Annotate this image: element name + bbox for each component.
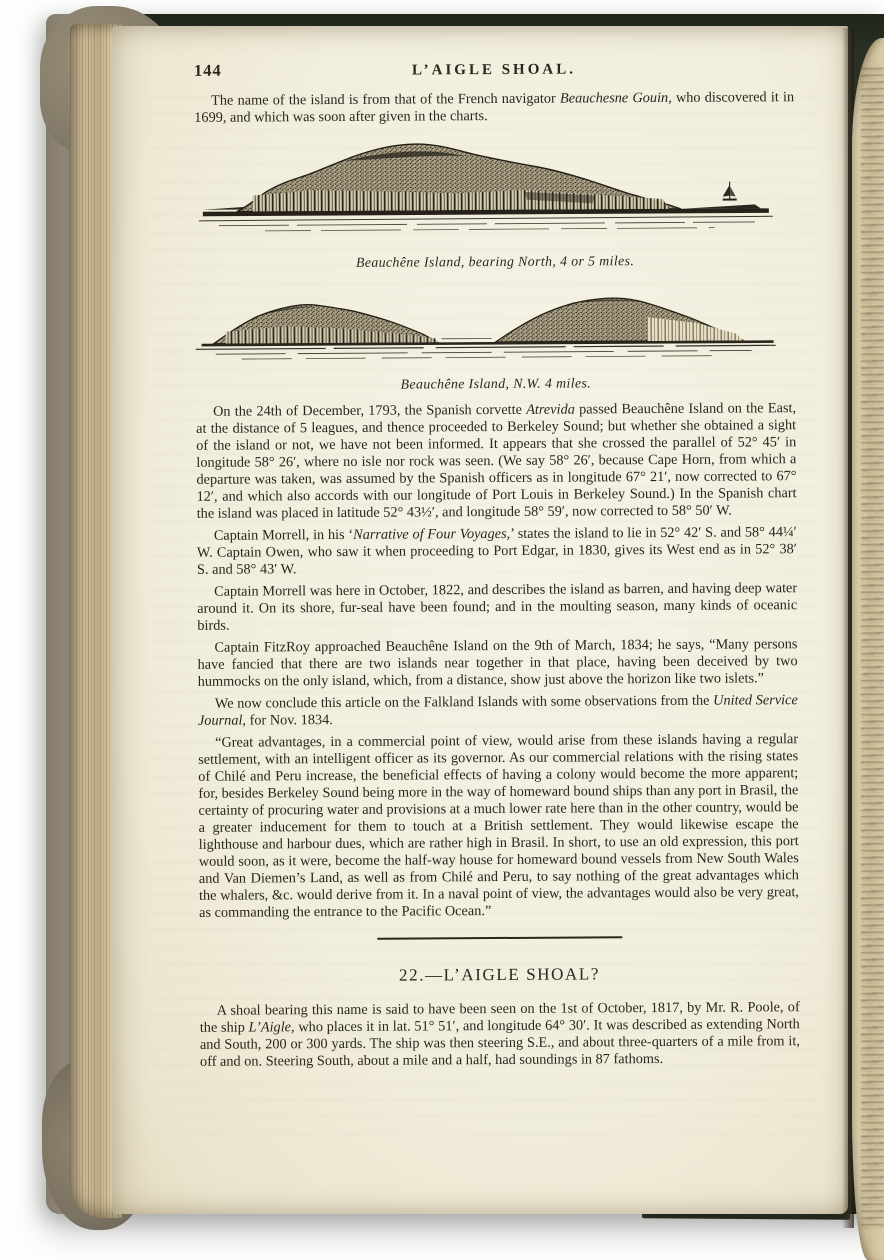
text-run: Captain Morrell, in his ‘	[214, 527, 353, 544]
running-title: L’AIGLE SHOAL.	[194, 58, 794, 81]
facing-page-text-blur	[861, 68, 884, 1230]
section-divider-rule	[377, 936, 622, 939]
paragraph-morrell-visit: Captain Morrell was here in October, 182…	[197, 580, 797, 635]
paragraph-morrell-position: Captain Morrell, in his ‘Narrative of Fo…	[197, 524, 797, 579]
island-engraving-svg	[194, 132, 795, 248]
text-run: Narrative of Four Voyages,	[353, 526, 510, 543]
engraving-island-nw	[195, 278, 796, 370]
text-run: for Nov. 1834.	[246, 712, 333, 729]
text-run: “Great advantages, in a commercial point…	[198, 731, 799, 921]
page-number: 144	[194, 62, 222, 79]
section-heading: 22.—L’AIGLE SHOAL?	[199, 964, 799, 985]
text-run: We now conclude this article on the Falk…	[215, 693, 713, 712]
paragraph-discovery: The name of the island is from that of t…	[194, 89, 794, 127]
book-photograph: 144 L’AIGLE SHOAL. The name of the islan…	[0, 0, 884, 1260]
engraving-island-north	[194, 132, 795, 248]
figure-caption-north: Beauchêne Island, bearing North, 4 or 5 …	[195, 251, 795, 272]
text-run: On the 24th of December, 1793, the Spani…	[213, 402, 526, 420]
paragraph-atrevida: On the 24th of December, 1793, the Spani…	[196, 400, 797, 523]
book-page: 144 L’AIGLE SHOAL. The name of the islan…	[112, 26, 848, 1214]
text-run: Captain Morrell was here in October, 182…	[197, 580, 797, 634]
paragraph-shoal: A shoal bearing this name is said to hav…	[200, 999, 800, 1071]
text-run: L’Aigle,	[249, 1019, 295, 1035]
page-header: 144 L’AIGLE SHOAL.	[194, 58, 794, 84]
text-run: Captain FitzRoy approached Beauchêne Isl…	[198, 636, 798, 690]
facing-page-edge	[852, 38, 884, 1260]
ship-glyph	[723, 182, 737, 201]
paragraph-journal-quote: “Great advantages, in a commercial point…	[198, 731, 799, 922]
text-run: Beauchesne Gouin,	[560, 90, 672, 107]
island-engraving-svg	[195, 278, 796, 370]
printed-content: 144 L’AIGLE SHOAL. The name of the islan…	[194, 58, 800, 1076]
paragraph-conclude: We now conclude this article on the Falk…	[198, 692, 798, 730]
text-run: Atrevida	[526, 402, 575, 418]
figure-caption-nw: Beauchêne Island, N.W. 4 miles.	[196, 373, 796, 394]
paragraph-fitzroy: Captain FitzRoy approached Beauchêne Isl…	[197, 636, 797, 691]
text-run: The name of the island is from that of t…	[211, 91, 560, 109]
